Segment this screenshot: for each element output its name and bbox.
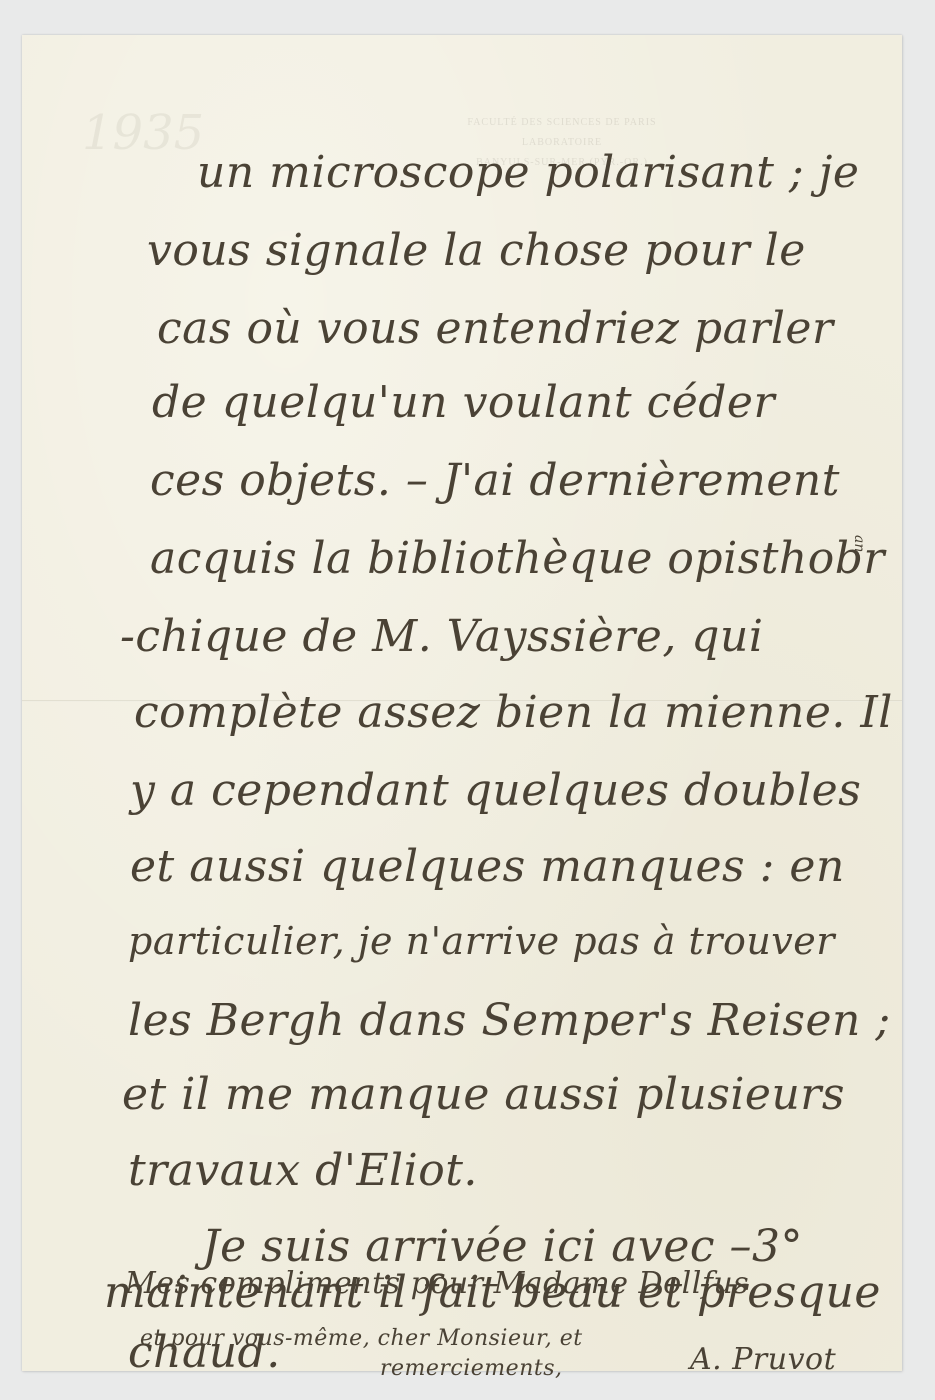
margin-note: an [851, 535, 867, 552]
closing-line-3: remerciements, [380, 1356, 562, 1381]
letter-line: de quelqu'un voulant céder [152, 377, 775, 428]
letter-line: -chique de M. Vayssière, qui [120, 611, 763, 662]
letter-line: vous signale la chose pour le [147, 225, 806, 276]
letter-line: complète assez bien la mienne. Il [134, 687, 893, 738]
letter-line: et aussi quelques manques : en [130, 841, 845, 892]
letter-page: FACULTÉ DES SCIENCES DE PARIS LABORATOIR… [22, 35, 902, 1371]
closing-line-2: et pour vous-même, cher Monsieur, et [140, 1326, 583, 1351]
letter-line: les Bergh dans Semper's Reisen ; [128, 995, 891, 1046]
signature: A. Pruvot [690, 1342, 836, 1377]
closing-line-1: Mes compliments pour Madame Dollfus [125, 1266, 749, 1301]
letter-line: travaux d'Eliot. [128, 1145, 478, 1196]
letter-line: y a cependant quelques doubles [130, 765, 861, 816]
letterhead-line: FACULTÉ DES SCIENCES DE PARIS [422, 113, 702, 133]
letter-line: cas où vous entendriez parler [157, 303, 834, 354]
letter-line: particulier, je n'arrive pas à trouver [128, 919, 835, 963]
letter-line: et il me manque aussi plusieurs [122, 1069, 845, 1120]
letter-line: ces objets. – J'ai dernièrement [150, 455, 840, 506]
date-bleed-through: 1935 [82, 105, 204, 161]
letter-line: acquis la bibliothèque opisthobr [150, 533, 885, 584]
letter-line: Je suis arrivée ici avec –3° [202, 1221, 803, 1272]
letter-line: un microscope polarisant ; je [197, 147, 859, 198]
